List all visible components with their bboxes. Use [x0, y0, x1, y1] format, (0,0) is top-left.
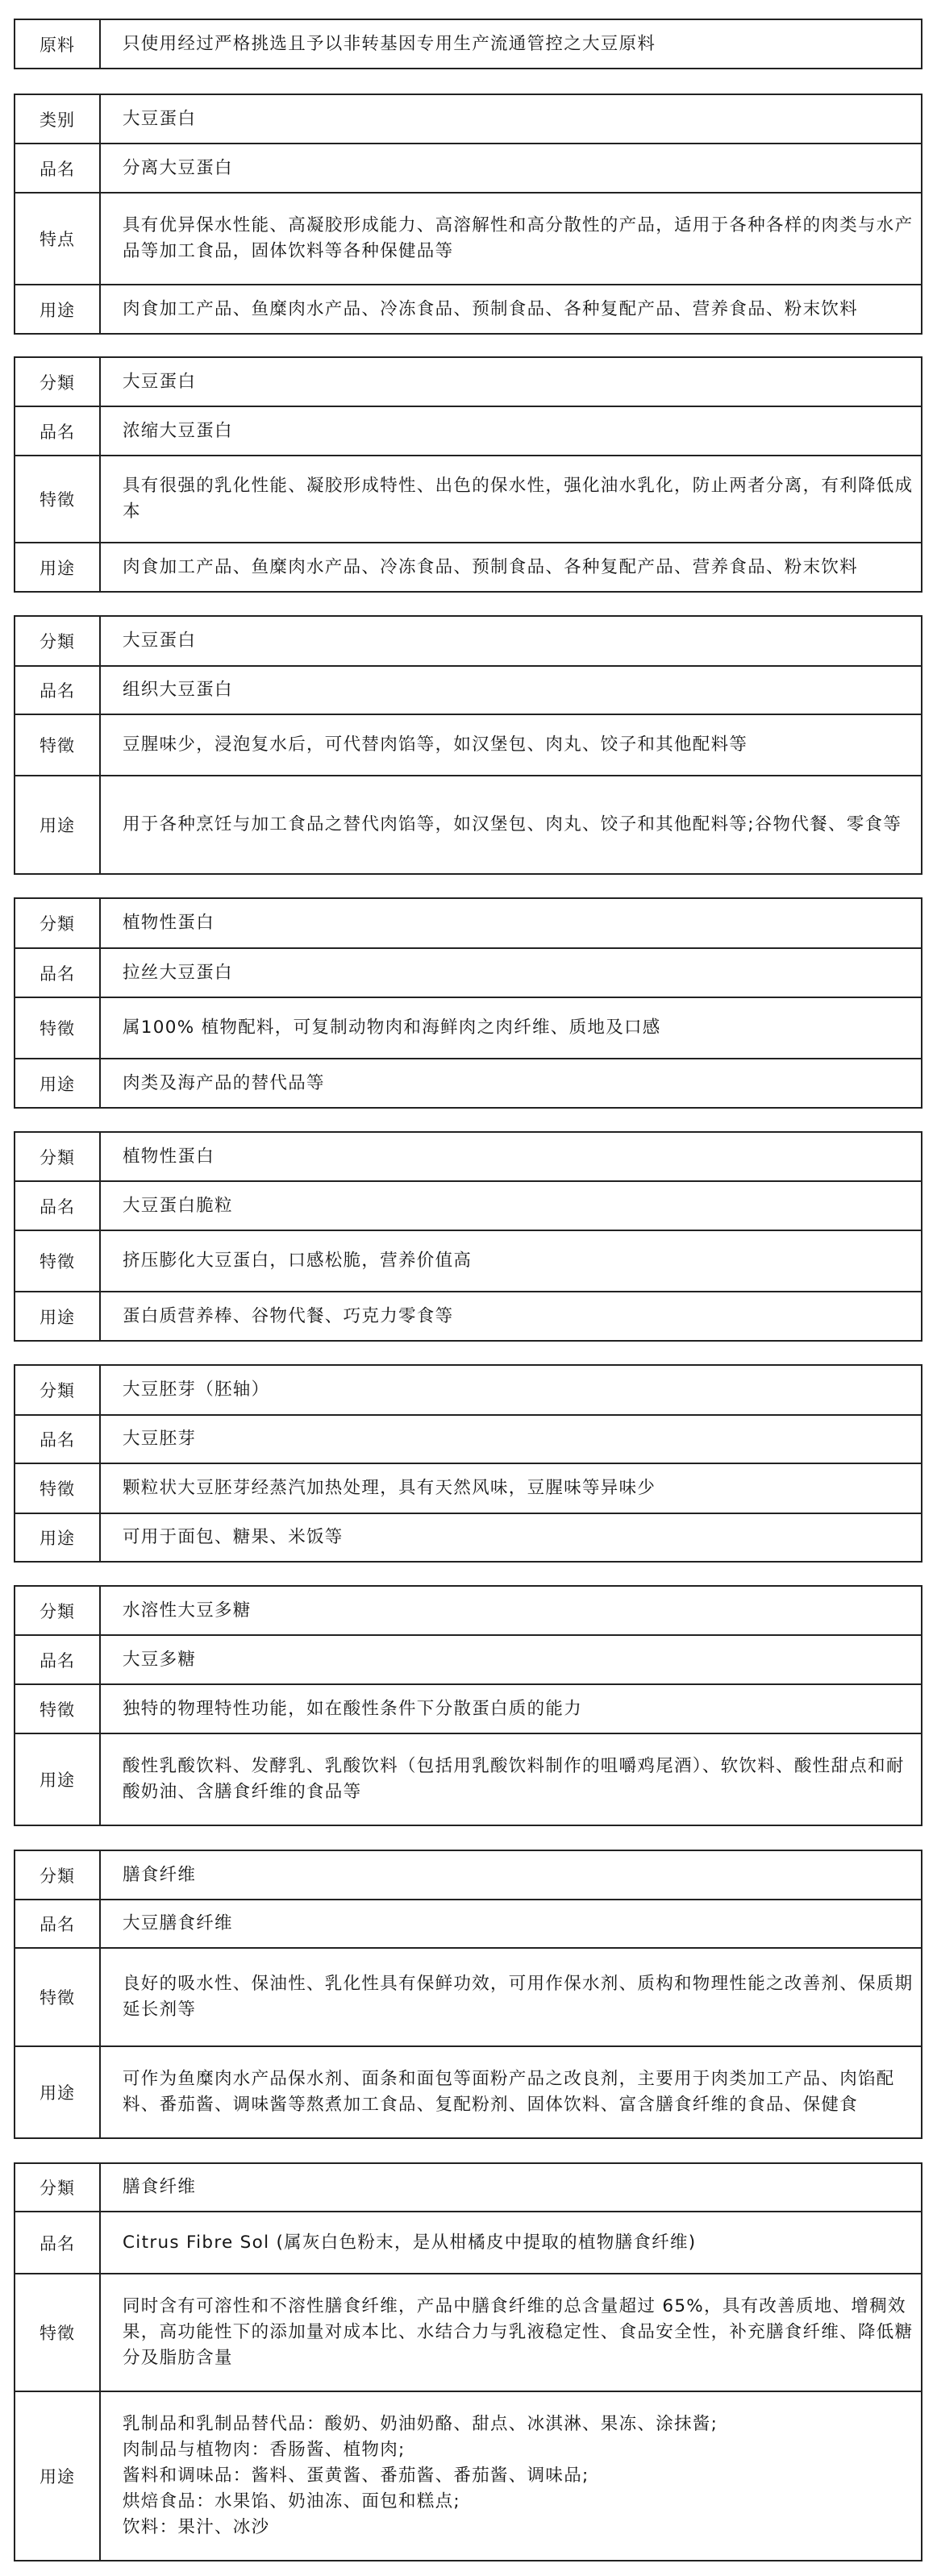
row-value: 颗粒状大豆胚芽经蒸汽加热处理，具有天然风味，豆腥味等异味少: [100, 1463, 922, 1513]
product-table-citrus-fibre-sol: 分類 膳食纤维 品名 Citrus Fibre Sol (属灰白色粉末，是从柑橘…: [14, 2162, 922, 2561]
row-label: 特徵: [15, 1230, 100, 1292]
table-row: 类别 大豆蛋白: [15, 94, 922, 144]
row-label: 品名: [15, 1415, 100, 1463]
row-value: 水溶性大豆多糖: [100, 1586, 922, 1635]
raw-material-table: 原料 只使用经过严格挑选且予以非转基因专用生产流通管控之大豆原料: [14, 19, 922, 69]
row-value: 大豆蛋白: [100, 357, 922, 406]
table-row: 用途 乳制品和乳制品替代品：酸奶、奶油奶酪、甜点、冰淇淋、果冻、涂抹酱; 肉制品…: [15, 2391, 922, 2561]
table-row: 用途 肉食加工产品、鱼糜肉水产品、冷冻食品、预制食品、各种复配产品、营养食品、粉…: [15, 285, 922, 334]
row-value: 膳食纤维: [100, 2163, 922, 2212]
row-label: 品名: [15, 1635, 100, 1684]
row-value: 豆腥味少，浸泡复水后，可代替肉馅等，如汉堡包、肉丸、饺子和其他配料等: [100, 714, 922, 776]
table-row: 品名 拉丝大豆蛋白: [15, 948, 922, 997]
table-row: 品名 组织大豆蛋白: [15, 666, 922, 714]
row-label: 分類: [15, 1365, 100, 1415]
row-label: 用途: [15, 1513, 100, 1562]
row-label: 分類: [15, 616, 100, 666]
table-row: 特徵 独特的物理特性功能，如在酸性条件下分散蛋白质的能力: [15, 1684, 922, 1733]
row-label: 分類: [15, 357, 100, 406]
row-value: 大豆胚芽（胚轴）: [100, 1365, 922, 1415]
row-value: 同时含有可溶性和不溶性膳食纤维，产品中膳食纤维的总含量超过 65%，具有改善质地…: [100, 2274, 922, 2391]
table-row: 特徵 豆腥味少，浸泡复水后，可代替肉馅等，如汉堡包、肉丸、饺子和其他配料等: [15, 714, 922, 776]
table-row: 用途 酸性乳酸饮料、发酵乳、乳酸饮料（包括用乳酸饮料制作的咀嚼鸡尾酒）、软饮料、…: [15, 1733, 922, 1825]
product-table-soy-protein-crisps: 分類 植物性蛋白 品名 大豆蛋白脆粒 特徵 挤压膨化大豆蛋白，口感松脆，营养价值…: [14, 1131, 922, 1342]
row-label: 用途: [15, 776, 100, 874]
table-row: 品名 大豆膳食纤维: [15, 1900, 922, 1948]
table-row: 品名 大豆多糖: [15, 1635, 922, 1684]
table-row: 品名 大豆胚芽: [15, 1415, 922, 1463]
table-row: 特徵 同时含有可溶性和不溶性膳食纤维，产品中膳食纤维的总含量超过 65%，具有改…: [15, 2274, 922, 2391]
row-value: 挤压膨化大豆蛋白，口感松脆，营养价值高: [100, 1230, 922, 1292]
row-value: 属100% 植物配料，可复制动物肉和海鲜肉之肉纤维、质地及口感: [100, 997, 922, 1059]
row-value: 酸性乳酸饮料、发酵乳、乳酸饮料（包括用乳酸饮料制作的咀嚼鸡尾酒）、软饮料、酸性甜…: [100, 1733, 922, 1825]
row-value: 组织大豆蛋白: [100, 666, 922, 714]
row-value: 大豆蛋白: [100, 616, 922, 666]
row-value: 植物性蛋白: [100, 1132, 922, 1181]
product-table-isolated-soy-protein: 类别 大豆蛋白 品名 分离大豆蛋白 特点 具有优异保水性能、高凝胶形成能力、高溶…: [14, 94, 922, 335]
row-label: 品名: [15, 144, 100, 193]
product-table-shredded-soy-protein: 分類 植物性蛋白 品名 拉丝大豆蛋白 特徵 属100% 植物配料，可复制动物肉和…: [14, 897, 922, 1109]
row-value: 大豆蛋白: [100, 94, 922, 144]
row-label: 用途: [15, 543, 100, 592]
row-value: 大豆膳食纤维: [100, 1900, 922, 1948]
table-row: 分類 水溶性大豆多糖: [15, 1586, 922, 1635]
row-value: 拉丝大豆蛋白: [100, 948, 922, 997]
row-label: 特徵: [15, 2274, 100, 2391]
table-row: 分類 膳食纤维: [15, 2163, 922, 2212]
row-label: 品名: [15, 406, 100, 456]
product-table-soy-dietary-fiber: 分類 膳食纤维 品名 大豆膳食纤维 特徵 良好的吸水性、保油性、乳化性具有保鲜功…: [14, 1850, 922, 2139]
table-row: 分類 大豆胚芽（胚轴）: [15, 1365, 922, 1415]
row-label: 用途: [15, 2046, 100, 2138]
row-value: 分离大豆蛋白: [100, 144, 922, 193]
row-label: 分類: [15, 1132, 100, 1181]
row-value: 乳制品和乳制品替代品：酸奶、奶油奶酪、甜点、冰淇淋、果冻、涂抹酱; 肉制品与植物…: [100, 2391, 922, 2561]
row-value: 独特的物理特性功能，如在酸性条件下分散蛋白质的能力: [100, 1684, 922, 1733]
row-label: 类别: [15, 94, 100, 144]
row-value: 只使用经过严格挑选且予以非转基因专用生产流通管控之大豆原料: [100, 19, 922, 69]
product-table-soy-polysaccharide: 分類 水溶性大豆多糖 品名 大豆多糖 特徵 独特的物理特性功能，如在酸性条件下分…: [14, 1585, 922, 1826]
row-value: 可作为鱼糜肉水产品保水剂、面条和面包等面粉产品之改良剂，主要用于肉类加工产品、肉…: [100, 2046, 922, 2138]
row-value: 用于各种烹饪与加工食品之替代肉馅等，如汉堡包、肉丸、饺子和其他配料等;谷物代餐、…: [100, 776, 922, 874]
table-row: 用途 肉类及海产品的替代品等: [15, 1059, 922, 1108]
row-value: 大豆蛋白脆粒: [100, 1181, 922, 1230]
row-label: 品名: [15, 2212, 100, 2274]
row-label: 品名: [15, 1900, 100, 1948]
table-row: 特徵 良好的吸水性、保油性、乳化性具有保鲜功效，可用作保水剂、质构和物理性能之改…: [15, 1948, 922, 2046]
table-row: 分類 大豆蛋白: [15, 616, 922, 666]
row-value: 蛋白质营养棒、谷物代餐、巧克力零食等: [100, 1292, 922, 1341]
table-row: 品名 大豆蛋白脆粒: [15, 1181, 922, 1230]
row-label: 用途: [15, 285, 100, 334]
row-value: 肉食加工产品、鱼糜肉水产品、冷冻食品、预制食品、各种复配产品、营养食品、粉末饮料: [100, 285, 922, 334]
product-table-soy-germ: 分類 大豆胚芽（胚轴） 品名 大豆胚芽 特徵 颗粒状大豆胚芽经蒸汽加热处理，具有…: [14, 1364, 922, 1563]
row-label: 特徵: [15, 997, 100, 1059]
table-row: 分類 膳食纤维: [15, 1850, 922, 1900]
product-table-concentrated-soy-protein: 分類 大豆蛋白 品名 浓缩大豆蛋白 特徵 具有很强的乳化性能、凝胶形成特性、出色…: [14, 356, 922, 593]
row-label: 品名: [15, 948, 100, 997]
table-row: 分類 植物性蛋白: [15, 1132, 922, 1181]
row-value: Citrus Fibre Sol (属灰白色粉末，是从柑橘皮中提取的植物膳食纤维…: [100, 2212, 922, 2274]
table-row: 用途 用于各种烹饪与加工食品之替代肉馅等，如汉堡包、肉丸、饺子和其他配料等;谷物…: [15, 776, 922, 874]
row-label: 特徵: [15, 714, 100, 776]
row-label: 特徵: [15, 456, 100, 543]
row-label: 品名: [15, 1181, 100, 1230]
row-value: 浓缩大豆蛋白: [100, 406, 922, 456]
row-label: 品名: [15, 666, 100, 714]
row-label: 特徵: [15, 1463, 100, 1513]
table-row: 原料 只使用经过严格挑选且予以非转基因专用生产流通管控之大豆原料: [15, 19, 922, 69]
row-value: 良好的吸水性、保油性、乳化性具有保鲜功效，可用作保水剂、质构和物理性能之改善剂、…: [100, 1948, 922, 2046]
row-label: 原料: [15, 19, 100, 69]
row-value: 可用于面包、糖果、米饭等: [100, 1513, 922, 1562]
row-label: 用途: [15, 1292, 100, 1341]
row-label: 分類: [15, 2163, 100, 2212]
table-row: 特点 具有优异保水性能、高凝胶形成能力、高溶解性和高分散性的产品，适用于各种各样…: [15, 193, 922, 285]
row-value: 具有很强的乳化性能、凝胶形成特性、出色的保水性，强化油水乳化，防止两者分离，有利…: [100, 456, 922, 543]
table-row: 用途 可用于面包、糖果、米饭等: [15, 1513, 922, 1562]
table-row: 分類 植物性蛋白: [15, 898, 922, 948]
table-row: 特徵 颗粒状大豆胚芽经蒸汽加热处理，具有天然风味，豆腥味等异味少: [15, 1463, 922, 1513]
row-value: 膳食纤维: [100, 1850, 922, 1900]
row-label: 分類: [15, 1586, 100, 1635]
table-row: 品名 Citrus Fibre Sol (属灰白色粉末，是从柑橘皮中提取的植物膳…: [15, 2212, 922, 2274]
row-value: 大豆多糖: [100, 1635, 922, 1684]
row-value: 具有优异保水性能、高凝胶形成能力、高溶解性和高分散性的产品，适用于各种各样的肉类…: [100, 193, 922, 285]
table-row: 用途 肉食加工产品、鱼糜肉水产品、冷冻食品、预制食品、各种复配产品、营养食品、粉…: [15, 543, 922, 592]
row-value: 肉类及海产品的替代品等: [100, 1059, 922, 1108]
table-row: 分類 大豆蛋白: [15, 357, 922, 406]
row-value: 植物性蛋白: [100, 898, 922, 948]
table-row: 品名 浓缩大豆蛋白: [15, 406, 922, 456]
table-row: 特徵 挤压膨化大豆蛋白，口感松脆，营养价值高: [15, 1230, 922, 1292]
product-table-textured-soy-protein: 分類 大豆蛋白 品名 组织大豆蛋白 特徵 豆腥味少，浸泡复水后，可代替肉馅等，如…: [14, 615, 922, 875]
table-row: 特徵 属100% 植物配料，可复制动物肉和海鲜肉之肉纤维、质地及口感: [15, 997, 922, 1059]
table-row: 品名 分离大豆蛋白: [15, 144, 922, 193]
row-label: 分類: [15, 898, 100, 948]
row-label: 特徵: [15, 1684, 100, 1733]
row-label: 特徵: [15, 1948, 100, 2046]
row-value: 肉食加工产品、鱼糜肉水产品、冷冻食品、预制食品、各种复配产品、营养食品、粉末饮料: [100, 543, 922, 592]
row-label: 用途: [15, 2391, 100, 2561]
table-row: 用途 蛋白质营养棒、谷物代餐、巧克力零食等: [15, 1292, 922, 1341]
row-label: 用途: [15, 1059, 100, 1108]
table-row: 用途 可作为鱼糜肉水产品保水剂、面条和面包等面粉产品之改良剂，主要用于肉类加工产…: [15, 2046, 922, 2138]
table-row: 特徵 具有很强的乳化性能、凝胶形成特性、出色的保水性，强化油水乳化，防止两者分离…: [15, 456, 922, 543]
row-value: 大豆胚芽: [100, 1415, 922, 1463]
row-label: 分類: [15, 1850, 100, 1900]
row-label: 特点: [15, 193, 100, 285]
row-label: 用途: [15, 1733, 100, 1825]
